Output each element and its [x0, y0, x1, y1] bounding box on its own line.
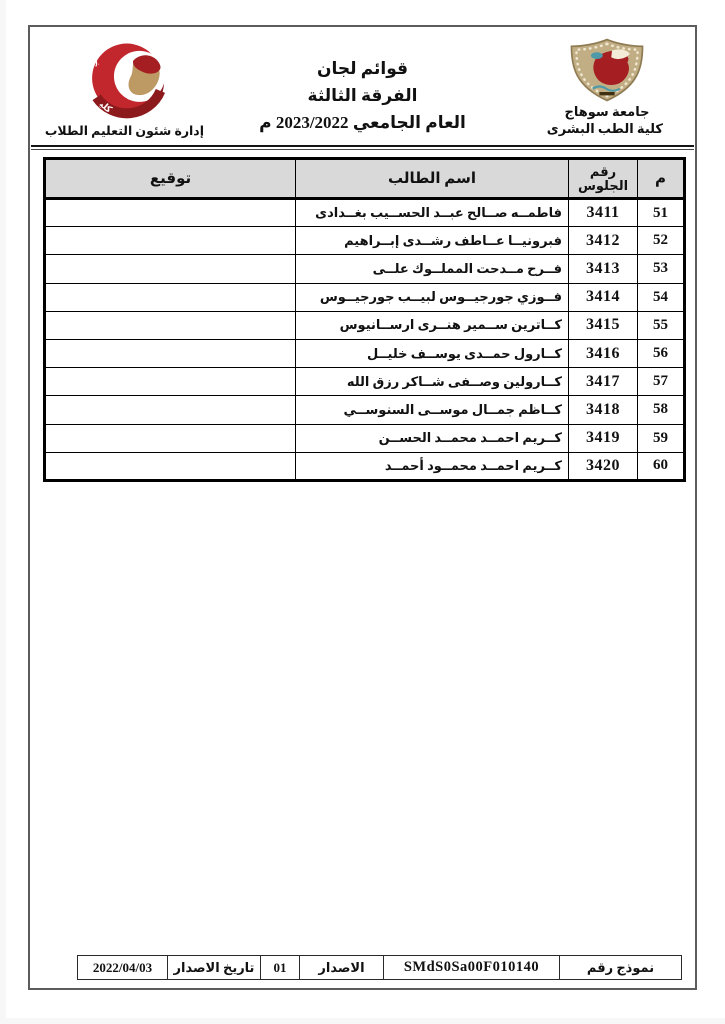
form-info-row: نموذج رقم SMdS0Sa00F010140 الاصدار 01 تا…	[78, 956, 682, 980]
seat-cell: 3411	[569, 199, 638, 227]
student-rows: 513411فاطمــه صــالح عبــد الحســيب بغــ…	[45, 199, 685, 481]
signature-cell	[45, 199, 296, 227]
seat-cell: 3412	[569, 227, 638, 255]
seat-cell: 3417	[569, 368, 638, 396]
name-cell: كــاظم جمــال موســى السنوســي	[296, 396, 569, 424]
signature-cell	[45, 424, 296, 452]
title-line-grade: الفرقة الثالثة	[259, 82, 466, 109]
committee-list-table: م رقم الجلوس اسم الطالب توقيع 513411فاطم…	[43, 157, 686, 482]
serial-cell: 53	[638, 255, 685, 283]
seat-cell: 3414	[569, 283, 638, 311]
table-row: 603420كــريم احمــد محمــود أحمــد	[45, 452, 685, 480]
serial-cell: 56	[638, 339, 685, 367]
seat-cell: 3415	[569, 311, 638, 339]
name-cell: كــريم احمــد محمــد الحســن	[296, 424, 569, 452]
name-cell: كــارولين وصــفى شــاكر رزق الله	[296, 368, 569, 396]
seat-cell: 3420	[569, 452, 638, 480]
page-border-frame: جامعة سوهاج كلية الطب البشرى قوائم لجان …	[28, 25, 697, 990]
form-number-label: نموذج رقم	[560, 956, 682, 980]
serial-cell: 59	[638, 424, 685, 452]
table-row: 553415كــاترين ســمير هنــرى ارســانيوس	[45, 311, 685, 339]
signature-cell	[45, 311, 296, 339]
signature-cell	[45, 396, 296, 424]
table-row: 593419كــريم احمــد محمــد الحســن	[45, 424, 685, 452]
serial-cell: 58	[638, 396, 685, 424]
name-cell: فاطمــه صــالح عبــد الحســيب بغــدادى	[296, 199, 569, 227]
header-seat-line1: رقم	[590, 164, 616, 179]
faculty-of-medicine-crescent-icon: جامعة سوهاج كلية الطب	[74, 39, 194, 121]
signature-cell	[45, 339, 296, 367]
department-name: إدارة شئون التعليم الطلاب	[64, 123, 204, 139]
issue-date-value: 2022/04/03	[78, 956, 168, 980]
signature-cell	[45, 452, 296, 480]
header-serial: م	[638, 159, 685, 199]
form-code-value: SMdS0Sa00F010140	[384, 956, 560, 980]
table-row: 583418كــاظم جمــال موســى السنوســي	[45, 396, 685, 424]
table-row: 513411فاطمــه صــالح عبــد الحســيب بغــ…	[45, 199, 685, 227]
seat-cell: 3416	[569, 339, 638, 367]
header-signature: توقيع	[45, 159, 296, 199]
signature-cell	[45, 227, 296, 255]
university-name: جامعة سوهاج	[551, 103, 663, 120]
title-line-academic-year: العام الجامعي 2023/2022 م	[259, 109, 466, 136]
serial-cell: 57	[638, 368, 685, 396]
serial-cell: 60	[638, 452, 685, 480]
table-row: 543414فــوزي جورجيــوس لبيــب جورجيــوس	[45, 283, 685, 311]
faculty-crest-block: جامعة سوهاج كلية الطب إدارة شئون التعليم…	[64, 39, 204, 139]
university-crest-block: جامعة سوهاج كلية الطب البشرى	[551, 37, 663, 137]
signature-cell	[45, 368, 296, 396]
serial-cell: 51	[638, 199, 685, 227]
document-page: جامعة سوهاج كلية الطب البشرى قوائم لجان …	[6, 0, 725, 1018]
name-cell: كــريم احمــد محمــود أحمــد	[296, 452, 569, 480]
seat-cell: 3418	[569, 396, 638, 424]
table-row: 563416كــارول حمــدى يوســف خليــل	[45, 339, 685, 367]
signature-cell	[45, 255, 296, 283]
serial-cell: 52	[638, 227, 685, 255]
seat-cell: 3413	[569, 255, 638, 283]
table-row: 533413فــرح مــدحت المملــوك علــى	[45, 255, 685, 283]
sohag-university-shield-icon	[563, 37, 651, 103]
signature-cell	[45, 283, 296, 311]
header-seat-line2: الجلوس	[578, 178, 628, 193]
table-row: 573417كــارولين وصــفى شــاكر رزق الله	[45, 368, 685, 396]
name-cell: فــرح مــدحت المملــوك علــى	[296, 255, 569, 283]
crest-arc-top-text: جامعة سوهاج	[74, 39, 101, 68]
name-cell: كــاترين ســمير هنــرى ارســانيوس	[296, 311, 569, 339]
table-header-row: م رقم الجلوس اسم الطالب توقيع	[45, 159, 685, 199]
serial-cell: 55	[638, 311, 685, 339]
title-line-committees: قوائم لجان	[259, 55, 466, 82]
header-student-name: اسم الطالب	[296, 159, 569, 199]
name-cell: كــارول حمــدى يوســف خليــل	[296, 339, 569, 367]
name-cell: فــوزي جورجيــوس لبيــب جورجيــوس	[296, 283, 569, 311]
seat-cell: 3419	[569, 424, 638, 452]
header-divider-rule	[31, 145, 694, 150]
document-title-block: قوائم لجان الفرقة الثالثة العام الجامعي …	[259, 55, 466, 136]
serial-cell: 54	[638, 283, 685, 311]
faculty-name: كلية الطب البشرى	[551, 120, 663, 137]
issue-number-value: 01	[261, 956, 300, 980]
svg-text:جامعة سوهاج: جامعة سوهاج	[74, 39, 101, 68]
table-row: 523412فبرونيــا عــاطف رشــدى إبــراهيم	[45, 227, 685, 255]
issue-date-label: تاريخ الاصدار	[168, 956, 261, 980]
form-info-table: نموذج رقم SMdS0Sa00F010140 الاصدار 01 تا…	[77, 955, 682, 980]
issue-label: الاصدار	[300, 956, 384, 980]
header-seat-number: رقم الجلوس	[569, 159, 638, 199]
name-cell: فبرونيــا عــاطف رشــدى إبــراهيم	[296, 227, 569, 255]
